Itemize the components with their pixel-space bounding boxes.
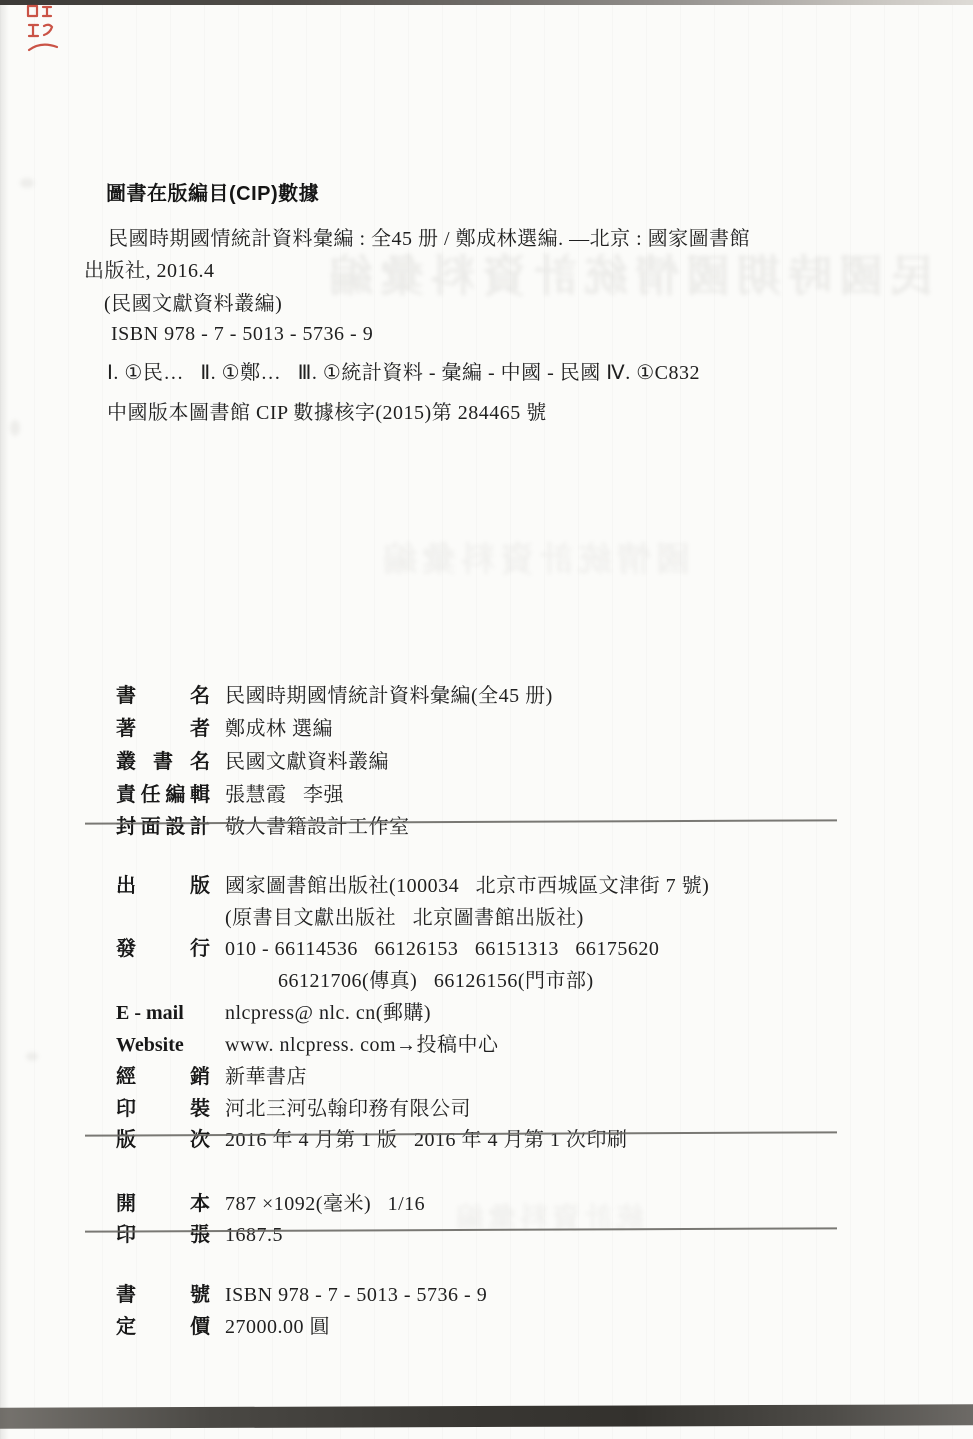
cip-heading: 圖書在版編目(CIP)數據 xyxy=(106,181,319,207)
row-value: 27000.00 圓 xyxy=(225,1316,330,1338)
top-scan-edge xyxy=(0,0,973,5)
copyright-colophon-page: 民國時期國情統計資料彙編 國情統計資料彙編 統計資料彙編 圖書在版編目(CIP)… xyxy=(0,0,973,1439)
cip-record-number: 中國版本圖書館 CIP 數據核字(2015)第 284465 號 xyxy=(107,400,547,426)
row-label: 定 價 xyxy=(116,1315,210,1340)
cip-description-line1: 民國時期國情統計資料彙編 : 全45 册 / 鄭成林選編. —北京 : 國家圖書… xyxy=(108,226,750,252)
bottom-scan-edge xyxy=(0,1404,973,1428)
scan-smudge xyxy=(10,420,20,436)
row-value: 敬人書籍設計工作室 xyxy=(225,816,410,838)
red-ink-marks xyxy=(24,2,70,60)
row-label: 版 次 xyxy=(116,1128,210,1153)
scan-smudge xyxy=(26,1052,38,1061)
cip-description-line2: 出版社, 2016.4 xyxy=(84,258,215,284)
colophon-row-price: 定 價27000.00 圓 xyxy=(86,1290,330,1365)
cip-classification: Ⅰ. ①民… Ⅱ. ①鄭… Ⅲ. ①統計資料 - 彙編 - 中國 - 民國 Ⅳ.… xyxy=(107,360,700,386)
row-label: 封面設計 xyxy=(116,815,210,840)
left-scan-shadow xyxy=(0,0,9,1439)
scan-smudge xyxy=(20,178,34,188)
row-label: 發 行 xyxy=(116,937,210,962)
bleedthrough-text-2: 國情統計資料彙編 xyxy=(378,532,690,581)
row-value: 1687.5 xyxy=(225,1224,283,1246)
cip-isbn: ISBN 978 - 7 - 5013 - 5736 - 9 xyxy=(111,321,373,347)
row-label: 印 張 xyxy=(116,1223,210,1248)
cip-series-note: (民國文獻資料叢編) xyxy=(104,291,282,317)
